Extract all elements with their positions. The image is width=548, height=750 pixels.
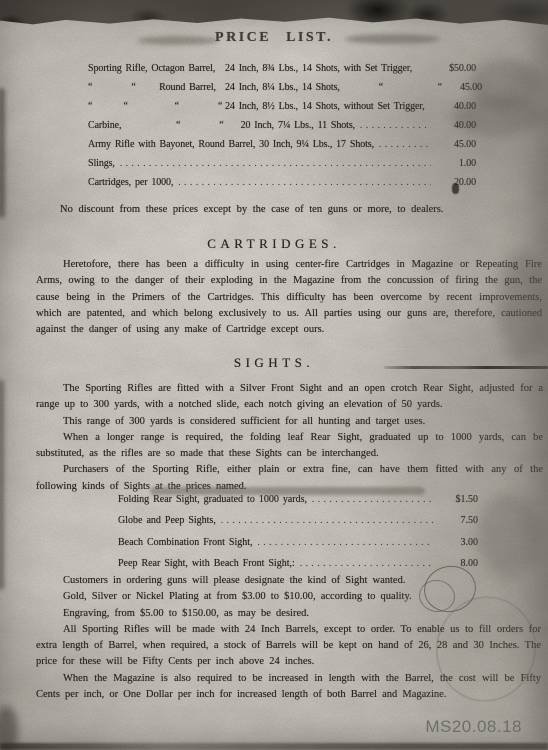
scanned-price-list-page: PRICE LIST. Sporting Rifle, Octagon Barr… xyxy=(0,0,548,750)
item-name: Army Rifle with Bayonet, Round Barrel, 3… xyxy=(88,139,374,150)
cartridges-paragraph-block: Heretofore, there has been a difficulty … xyxy=(36,257,542,338)
table-row: Sporting Rifle, Octagon Barrel, 24 Inch,… xyxy=(88,63,476,82)
paragraph: This range of 300 yards is considered su… xyxy=(36,414,543,430)
sights-paragraph-block: The Sporting Rifles are fitted with a Si… xyxy=(36,381,543,495)
footer-paragraph-block: Customers in ordering guns will please d… xyxy=(36,573,541,703)
sight-name: Beach Combination Front Sight, xyxy=(118,537,253,548)
item-spec: 20 Inch, 7¼ Lbs., 11 Shots, xyxy=(225,120,355,131)
sight-name: Peep Rear Sight, with Beach Front Sight,… xyxy=(118,558,295,569)
dotted-leader: ........................................… xyxy=(379,139,431,149)
item-spec: 24 Inch, 8¼ Lbs., 14 Shots, “ “ xyxy=(225,82,442,93)
price-table: Sporting Rifle, Octagon Barrel, 24 Inch,… xyxy=(88,63,476,196)
item-price: 1.00 xyxy=(436,158,476,169)
table-row: Slings, ................................… xyxy=(88,158,476,177)
item-name: “ “ “ “ xyxy=(88,101,225,112)
paragraph: When the Magazine is also required to be… xyxy=(36,671,541,704)
dotted-leader: ........................................… xyxy=(178,177,431,187)
sight-name: Globe and Peep Sights, xyxy=(118,515,216,526)
cartridges-heading: CARTRIDGES. xyxy=(0,236,548,252)
sight-price: 8.00 xyxy=(438,558,478,569)
table-row: Folding Rear Sight, graduated to 1000 ya… xyxy=(118,494,478,515)
paragraph: When a longer range is required, the fol… xyxy=(36,430,543,463)
dotted-leader: ........................................… xyxy=(300,558,433,568)
page-title: PRICE LIST. xyxy=(0,30,548,46)
table-row: Army Rifle with Bayonet, Round Barrel, 3… xyxy=(88,139,476,158)
paragraph: Heretofore, there has been a difficulty … xyxy=(36,257,542,338)
item-spec: 24 Inch, 8½ Lbs., 14 Shots, without Set … xyxy=(225,101,425,112)
sight-price: 3.00 xyxy=(438,537,478,548)
paragraph: Gold, Silver or Nickel Plating at from $… xyxy=(36,589,541,605)
paragraph: Purchasers of the Sporting Rifle, either… xyxy=(36,462,543,495)
item-name: Sporting Rifle, Octagon Barrel, xyxy=(88,63,225,74)
paragraph: The Sporting Rifles are fitted with a Si… xyxy=(36,381,543,414)
paragraph: Customers in ordering guns will please d… xyxy=(36,573,541,589)
item-price: $50.00 xyxy=(436,63,476,74)
item-price: 40.00 xyxy=(436,101,476,112)
table-row: Globe and Peep Sights, .................… xyxy=(118,515,478,536)
sight-name: Folding Rear Sight, graduated to 1000 ya… xyxy=(118,494,307,505)
item-price: 45.00 xyxy=(442,82,482,93)
item-price: 20.00 xyxy=(436,177,476,188)
table-row: Beach Combination Front Sight, .........… xyxy=(118,537,478,558)
table-row: Carbine, “ “ 20 Inch, 7¼ Lbs., 11 Shots,… xyxy=(88,120,476,139)
sight-price: 7.50 xyxy=(438,515,478,526)
item-price: 45.00 xyxy=(436,139,476,150)
document-content: PRICE LIST. Sporting Rifle, Octagon Barr… xyxy=(0,0,548,750)
dotted-leader: ........................................… xyxy=(258,537,434,547)
sights-heading: SIGHTS. xyxy=(0,355,548,371)
dotted-leader: ........................................… xyxy=(221,515,433,525)
table-row: “ “ “ “ 24 Inch, 8½ Lbs., 14 Shots, with… xyxy=(88,101,476,120)
dotted-leader: ........................................… xyxy=(312,494,433,504)
dotted-leader: ........................................… xyxy=(120,158,431,168)
paragraph: All Sporting Rifles will be made with 24… xyxy=(36,622,541,671)
item-name: “ “ Round Barrel, xyxy=(88,82,225,93)
dotted-leader: ........................................… xyxy=(360,120,431,130)
item-spec: 24 Inch, 8¾ Lbs., 14 Shots, with Set Tri… xyxy=(225,63,412,74)
discount-note: No discount from these prices except by … xyxy=(60,204,444,215)
paragraph: Engraving, from $5.00 to $150.00, as may… xyxy=(36,606,541,622)
item-name: Slings, xyxy=(88,158,115,169)
table-row: Cartridges, per 1000, ..................… xyxy=(88,177,476,196)
catalog-number-watermark: MS20.08.18 xyxy=(425,717,522,737)
sights-price-table: Folding Rear Sight, graduated to 1000 ya… xyxy=(118,494,478,580)
item-price: 40.00 xyxy=(436,120,476,131)
table-row: “ “ Round Barrel, 24 Inch, 8¼ Lbs., 14 S… xyxy=(88,82,476,101)
item-name: Cartridges, per 1000, xyxy=(88,177,173,188)
item-name: Carbine, “ “ xyxy=(88,120,225,131)
sight-price: $1.50 xyxy=(438,494,478,505)
